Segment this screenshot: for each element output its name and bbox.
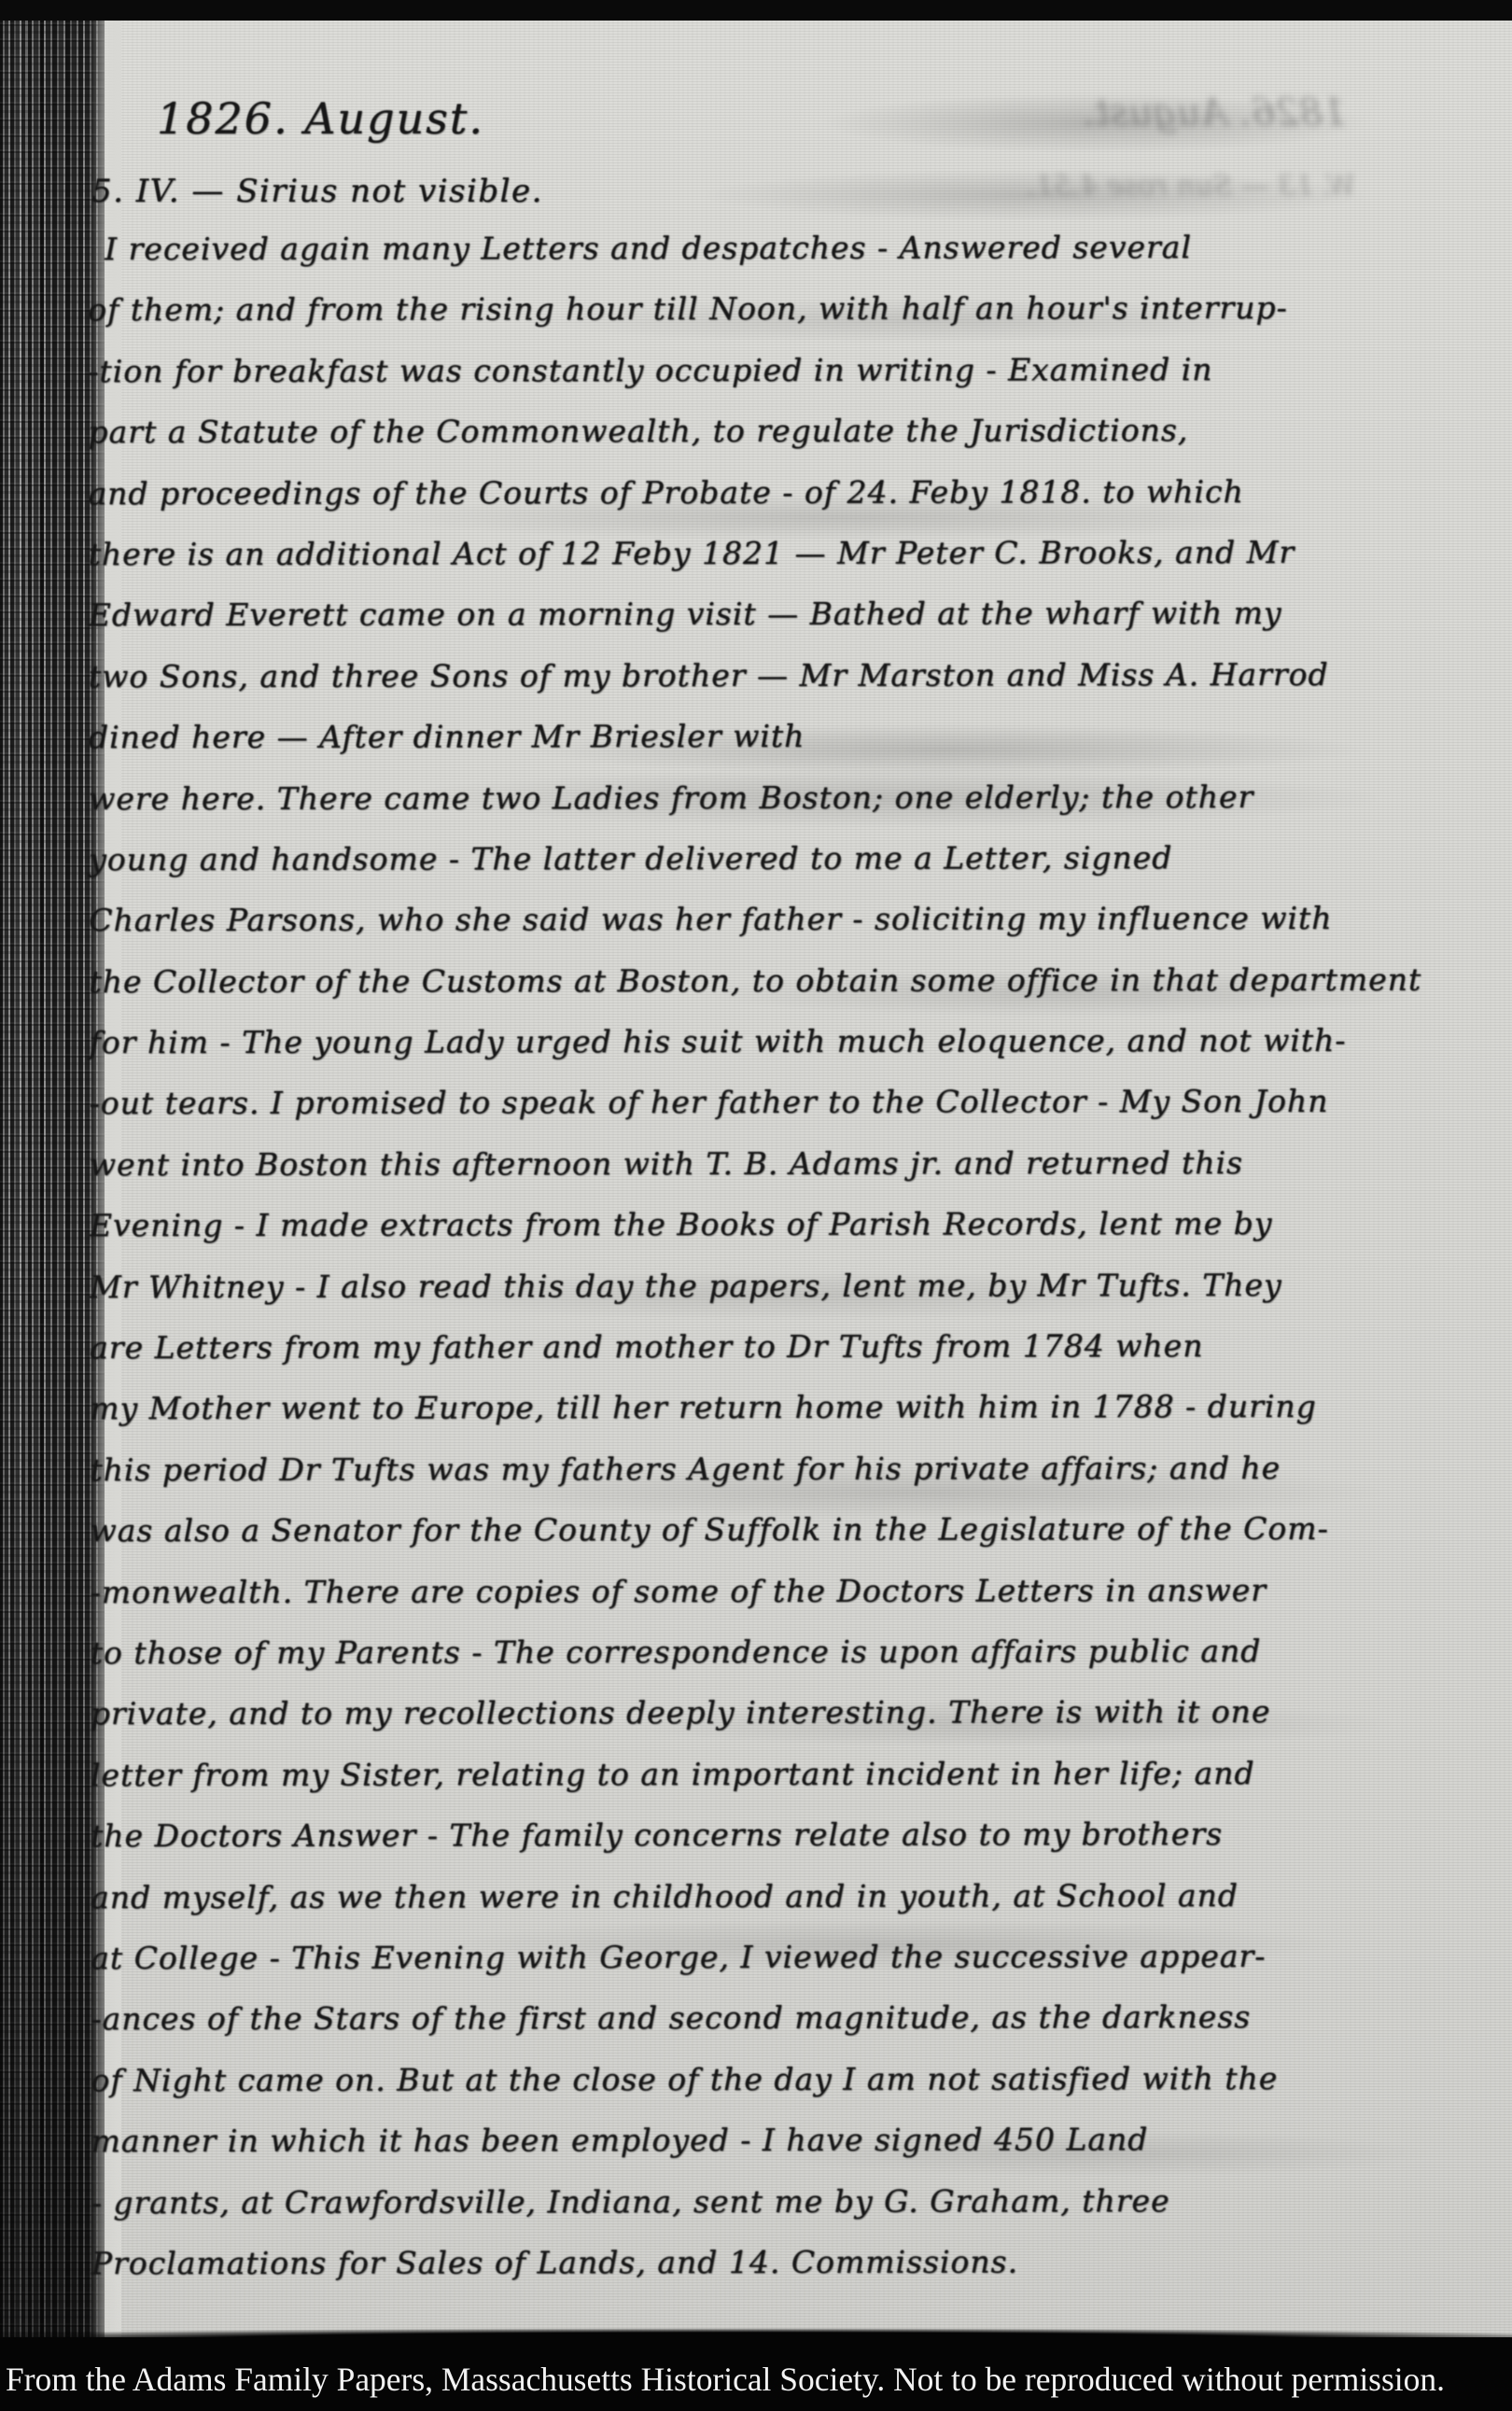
manuscript-line: the Doctors Answer - The family concerns…	[91, 1815, 1481, 1879]
manuscript-line: dined here — After dinner Mr Briesler wi…	[89, 717, 1479, 780]
bleedthrough-text: W. 13 — Sun rose 4.51.	[1027, 170, 1355, 203]
manuscript-line: at College - This Evening with George, I…	[91, 1938, 1481, 2001]
manuscript-line: there is an additional Act of 12 Feby 18…	[89, 534, 1479, 597]
manuscript-line: Charles Parsons, who she said was her fa…	[89, 900, 1479, 963]
manuscript-line: -tion for breakfast was constantly occup…	[88, 350, 1478, 414]
manuscript-line: are Letters from my father and mother to…	[90, 1327, 1480, 1391]
manuscript-line: this period Dr Tufts was my fathers Agen…	[90, 1450, 1480, 1513]
manuscript-line: and proceedings of the Courts of Probate…	[89, 472, 1479, 536]
manuscript-line: -ances of the Stars of the first and sec…	[91, 1998, 1481, 2062]
manuscript-line: my Mother went to Europe, till her retur…	[90, 1388, 1480, 1451]
manuscript-line: -out tears. I promised to speak of her f…	[90, 1083, 1480, 1146]
manuscript-line: -monwealth. There are copies of some of …	[91, 1571, 1481, 1634]
manuscript-line: were here. There came two Ladies from Bo…	[89, 778, 1479, 841]
diary-entry-heading: 5. IV. — Sirius not visible.	[91, 173, 543, 210]
manuscript-line: to those of my Parents - The corresponde…	[91, 1633, 1481, 1696]
manuscript-line: Evening - I made extracts from the Books…	[90, 1205, 1480, 1269]
manuscript-line: Edward Everett came on a morning visit —…	[89, 595, 1479, 658]
manuscript-line: private, and to my recollections deeply …	[91, 1693, 1481, 1757]
manuscript-line: the Collector of the Customs at Boston, …	[89, 960, 1479, 1024]
manuscript-line: of them; and from the rising hour till N…	[88, 289, 1478, 353]
diary-year-month-heading: 1826. August.	[157, 93, 484, 144]
bleedthrough-text: 1826. August.	[1083, 91, 1347, 134]
manuscript-line: manner in which it has been employed - I…	[91, 2121, 1482, 2184]
manuscript-line: part a Statute of the Commonwealth, to r…	[88, 412, 1478, 475]
scan-border-top	[0, 0, 1512, 21]
manuscript-line: of Night came on. But at the close of th…	[91, 2059, 1481, 2123]
manuscript-line: two Sons, and three Sons of my brother —…	[89, 655, 1479, 719]
manuscript-line: was also a Senator for the County of Suf…	[90, 1510, 1480, 1574]
manuscript-line: - grants, at Crawfordsville, Indiana, se…	[91, 2181, 1482, 2245]
manuscript-line: letter from my Sister, relating to an im…	[91, 1754, 1481, 1817]
archive-attribution-caption: From the Adams Family Papers, Massachuse…	[6, 2360, 1486, 2399]
manuscript-line: Proclamations for Sales of Lands, and 14…	[91, 2243, 1482, 2306]
manuscript-line: Mr Whitney - I also read this day the pa…	[90, 1266, 1480, 1329]
manuscript-line: went into Boston this afternoon with T. …	[90, 1144, 1480, 1208]
manuscript-line: and myself, as we then were in childhood…	[91, 1876, 1481, 1940]
diary-entry-body: I received again many Letters and despat…	[88, 229, 1482, 2306]
manuscript-line: young and handsome - The latter delivere…	[89, 839, 1479, 903]
manuscript-line: for him - The young Lady urged his suit …	[90, 1022, 1480, 1086]
manuscript-line: I received again many Letters and despat…	[88, 229, 1478, 292]
manuscript-scan-page: 1826. August. W. 13 — Sun rose 4.51. 182…	[0, 0, 1512, 2411]
